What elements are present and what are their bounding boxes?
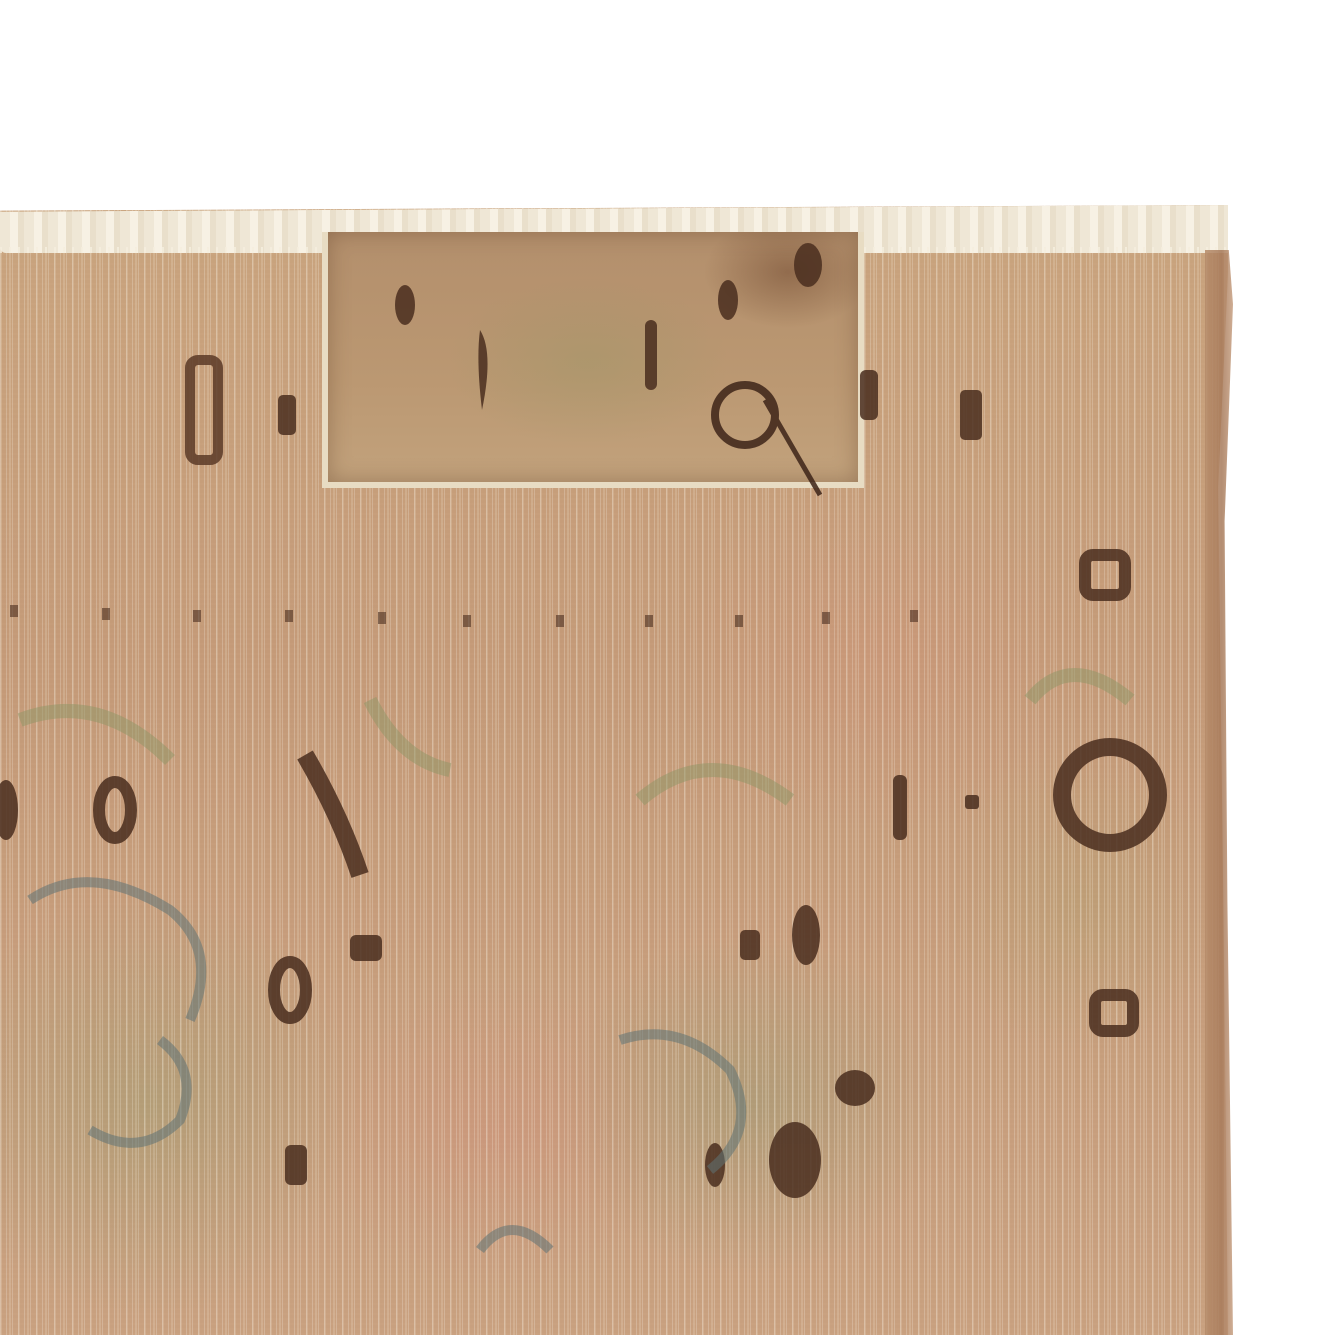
photo-canvas: Close-up of a worn vintage rug corner <box>0 0 1335 1335</box>
rug-motifs <box>0 205 1230 1335</box>
